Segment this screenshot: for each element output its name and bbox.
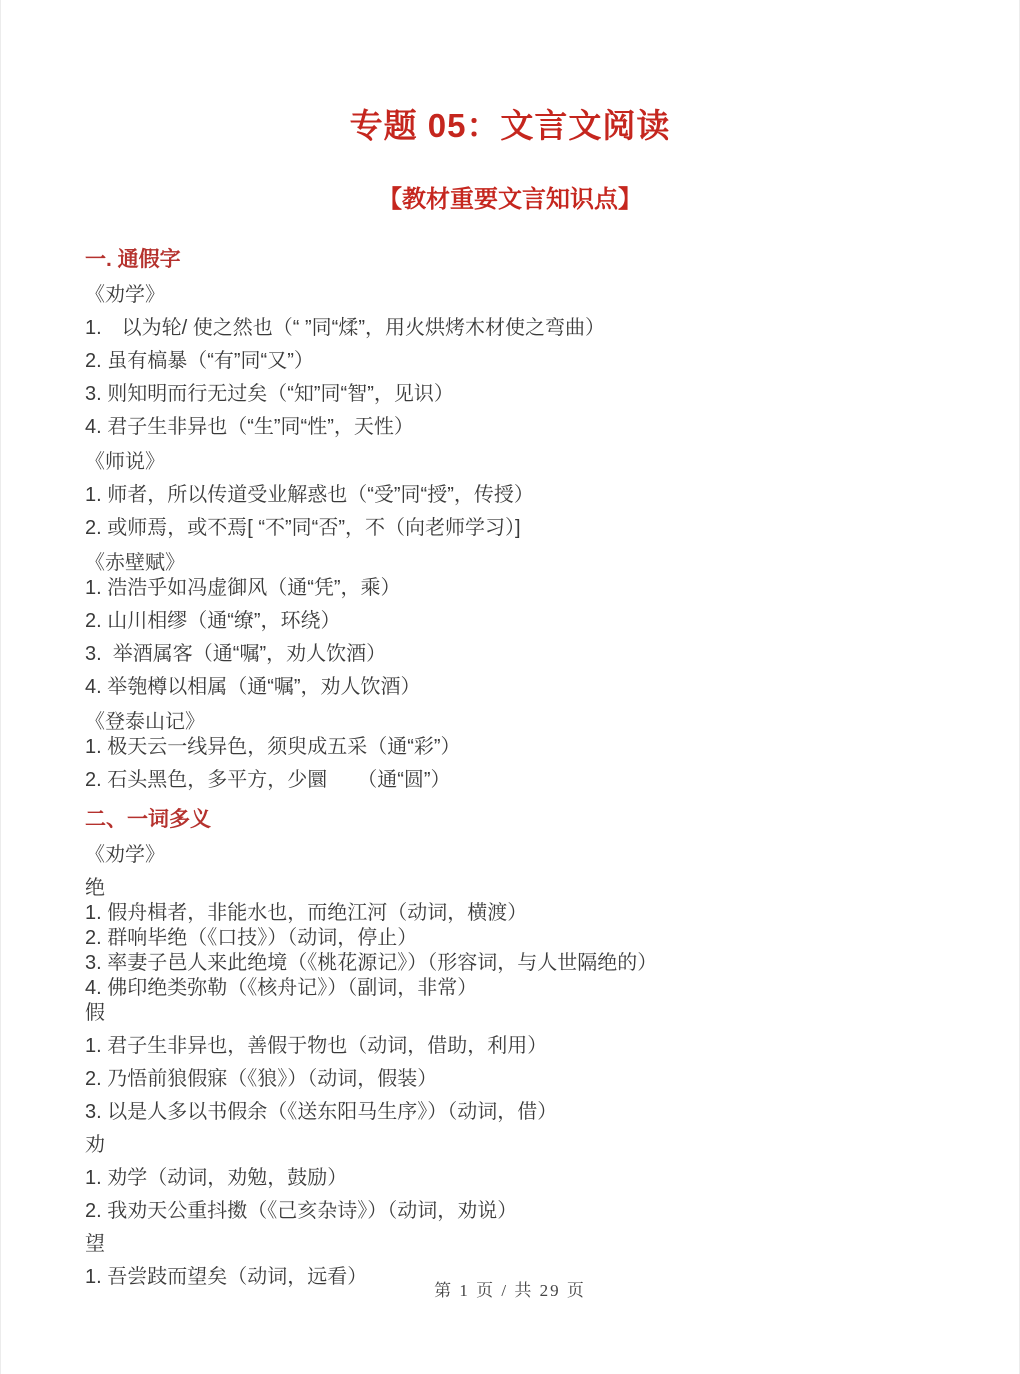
content-line: 1. 师者，所以传道受业解惑也（“受”同“授”，传授） (85, 483, 955, 507)
book-title: 《劝学》 (85, 283, 955, 307)
content-line: 3. 举酒属客（通“嘱”，劝人饮酒） (85, 642, 955, 666)
content-line: 2. 虽有槁暴（“有”同“又”） (85, 349, 955, 373)
content-line: 2. 或师焉，或不焉[ “不”同“否”，不（向老师学习）] (85, 516, 955, 540)
content-line: 4. 举匏樽以相属（通“嘱”，劝人饮酒） (85, 675, 955, 699)
content-line: 1. 劝学（动词，劝勉，鼓励） (85, 1166, 955, 1190)
content-line: 2. 石头黑色，多平方，少圜 （通“圆”） (85, 768, 955, 792)
book-title: 《师说》 (85, 450, 955, 474)
page-subtitle: 【教材重要文言知识点】 (1, 179, 1019, 214)
book-title: 《赤壁赋》 (85, 551, 955, 575)
content-line: 3. 以是人多以书假余（《送东阳马生序》）（动词，借） (85, 1100, 955, 1124)
page-number: 第 1 页 / 共 29 页 (1, 1276, 1019, 1301)
word-heading: 劝 (85, 1133, 955, 1157)
content-line: 2. 我劝天公重抖擞（《己亥杂诗》）（动词，劝说） (85, 1199, 955, 1223)
content-line: 2. 山川相缪（通“缭”，环绕） (85, 609, 955, 633)
content-line: 2. 乃悟前狼假寐（《狼》）（动词，假装） (85, 1067, 955, 1091)
content-line: 假 (85, 1001, 955, 1025)
content-line: 1. 以为轮/ 使之然也（“ ”同“煣”，用火烘烤木材使之弯曲） (85, 316, 955, 340)
content-line: 3. 则知明而行无过矣（“知”同“智”，见识） (85, 382, 955, 406)
document-page: 专题 05：文言文阅读 【教材重要文言知识点】 一. 通假字《劝学》1. 以为轮… (0, 0, 1020, 1374)
content-line: 2. 群响毕绝（《口技》）（动词，停止） (85, 926, 955, 950)
book-title: 《劝学》 (85, 843, 955, 867)
section-heading: 二、一词多义 (85, 808, 955, 832)
content-line: 1. 极天云一线异色，须臾成五采（通“彩”） (85, 735, 955, 759)
content-line: 4. 佛印绝类弥勒（《核舟记》）（副词，非常） (85, 976, 955, 1000)
section-heading: 一. 通假字 (85, 248, 955, 272)
content-line: 1. 浩浩乎如冯虚御风（通“凭”，乘） (85, 576, 955, 600)
book-title: 《登泰山记》 (85, 710, 955, 734)
content-line: 4. 君子生非异也（“生”同“性”，天性） (85, 415, 955, 439)
word-heading: 望 (85, 1232, 955, 1256)
word-heading: 绝 (85, 876, 955, 900)
content-line: 1. 君子生非异也，善假于物也（动词，借助，利用） (85, 1034, 955, 1058)
content-line: 1. 假舟楫者，非能水也，而绝江河（动词，横渡） (85, 901, 955, 925)
document-body: 一. 通假字《劝学》1. 以为轮/ 使之然也（“ ”同“煣”，用火烘烤木材使之弯… (1, 248, 1019, 1289)
page-title: 专题 05：文言文阅读 (1, 100, 1019, 147)
content-line: 3. 率妻子邑人来此绝境（《桃花源记》）（形容词，与人世隔绝的） (85, 951, 955, 975)
